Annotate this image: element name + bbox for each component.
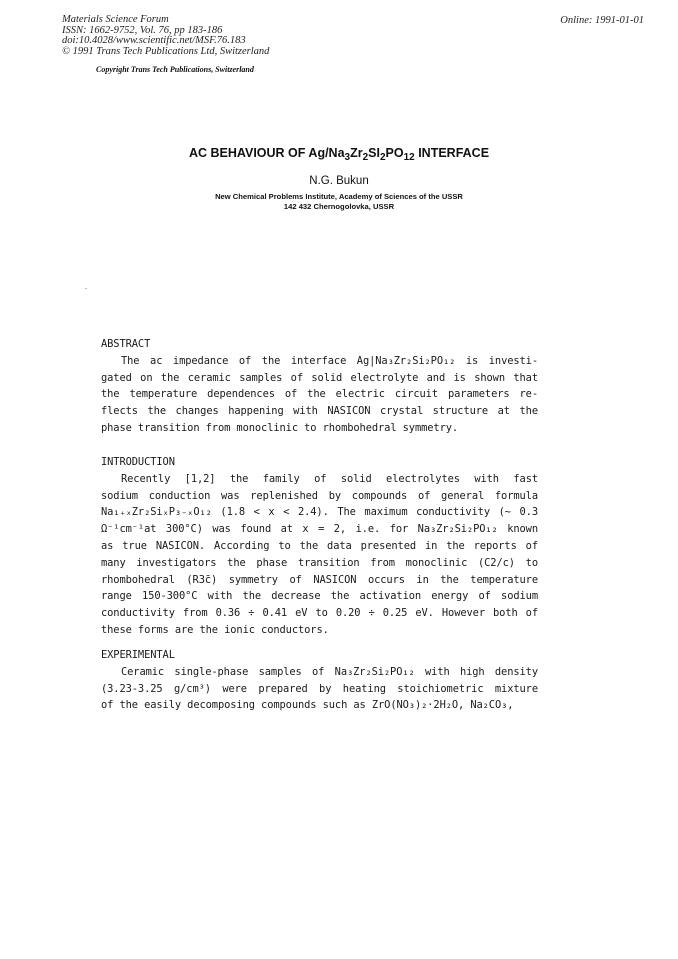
affiliation: New Chemical Problems Institute, Academy… [0,192,678,212]
introduction-section: INTRODUCTION Recently [1,2] the family o… [101,454,538,639]
text-line: Na₁₊ₓZr₂SiₓP₃₋ₓO₁₂ (1.8 < x < 2.4). The … [101,504,538,521]
title-text: INTERFACE [415,146,489,160]
title-text: AC BEHAVIOUR OF Ag/Na [189,146,345,160]
title-text: SI [368,146,380,160]
text-line: sodium conduction was replenished by com… [101,488,538,505]
text-line: as true NASICON. According to the data p… [101,538,538,555]
experimental-heading: EXPERIMENTAL [101,647,538,664]
author-name: N.G. Bukun [0,175,678,187]
title-sub: 12 [404,152,415,163]
text-line: flects the changes happening with NASICO… [101,403,538,420]
text-line: phase transition from monoclinic to rhom… [101,420,538,437]
text-line: The ac impedance of the interface Ag|Na₃… [101,353,538,370]
text-line: range 150-300°C with the decrease the ac… [101,588,538,605]
scan-artifact [85,288,87,289]
text-line: of the easily decomposing compounds such… [101,697,538,714]
online-date: Online: 1991-01-01 [560,15,644,26]
abstract-section: ABSTRACT The ac impedance of the interfa… [101,336,538,437]
journal-name: Materials Science Forum [62,15,269,26]
introduction-body: Recently [1,2] the family of solid elect… [101,471,538,639]
text-line: the temperature dependences of the elect… [101,386,538,403]
copyright-line: © 1991 Trans Tech Publications Ltd, Swit… [62,47,269,58]
text-line: Ω⁻¹cm⁻¹at 300°C) was found at x = 2, i.e… [101,521,538,538]
introduction-heading: INTRODUCTION [101,454,538,471]
experimental-section: EXPERIMENTAL Ceramic single-phase sample… [101,647,538,714]
text-line: Ceramic single-phase samples of Na₃Zr₂Si… [101,664,538,681]
text-line: these forms are the ionic conductors. [101,622,538,639]
publication-header: Materials Science Forum ISSN: 1662-9752,… [62,15,269,57]
affiliation-institute: New Chemical Problems Institute, Academy… [0,192,678,202]
text-line: Recently [1,2] the family of solid elect… [101,471,538,488]
text-line: conductivity from 0.36 ÷ 0.41 eV to 0.20… [101,605,538,622]
abstract-body: The ac impedance of the interface Ag|Na₃… [101,353,538,437]
title-text: Zr [350,146,363,160]
copyright-stamp: Copyright Trans Tech Publications, Switz… [96,65,254,74]
title-text: PO [386,146,404,160]
paper-title: AC BEHAVIOUR OF Ag/Na3Zr2SI2PO12 INTERFA… [0,146,678,163]
text-line: rhombohedral (R3̄c) symmetry of NASICON … [101,572,538,589]
text-line: (3.23-3.25 g/cm³) were prepared by heati… [101,681,538,698]
text-line: gated on the ceramic samples of solid el… [101,370,538,387]
text-line: many investigators the phase transition … [101,555,538,572]
experimental-body: Ceramic single-phase samples of Na₃Zr₂Si… [101,664,538,714]
abstract-heading: ABSTRACT [101,336,538,353]
affiliation-address: 142 432 Chernogolovka, USSR [0,202,678,212]
